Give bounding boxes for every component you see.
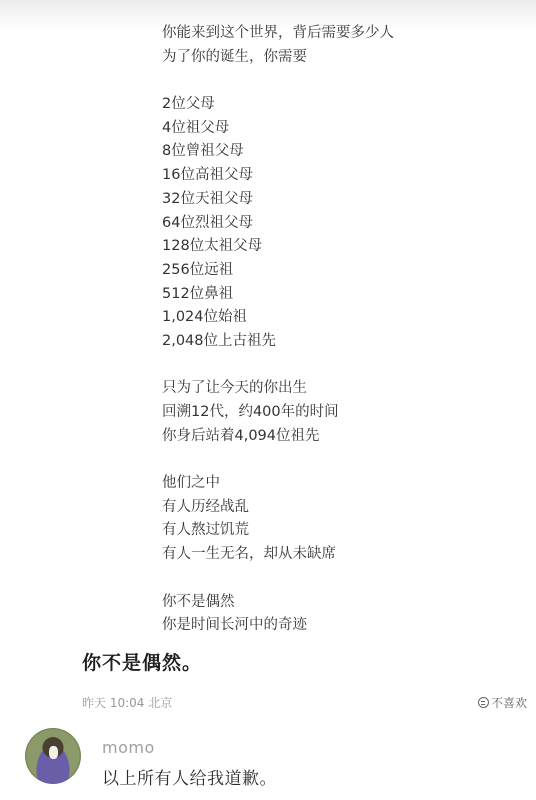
poem-line: 2位父母 xyxy=(162,93,502,117)
poem-line: 32位天祖父母 xyxy=(162,188,502,212)
neutral-face-icon xyxy=(478,697,489,708)
dislike-button[interactable]: 不喜欢 xyxy=(478,694,527,711)
poem-line: 128位太祖父母 xyxy=(162,235,502,259)
post-image-text: 你能来到这个世界，背后需要多少人为了你的诞生，你需要2位父母4位祖父母8位曾祖父… xyxy=(162,22,502,638)
poem-line: 他们之中 xyxy=(162,472,502,496)
poem-line: 有人熬过饥荒 xyxy=(162,519,502,543)
poem-line: 64位烈祖父母 xyxy=(162,212,502,236)
poem-line: 你身后站着4,094位祖先 xyxy=(162,425,502,449)
poem-line: 2,048位上古祖先 xyxy=(162,330,502,354)
dislike-label: 不喜欢 xyxy=(491,694,527,711)
poem-line: 有人历经战乱 xyxy=(162,496,502,520)
poem-line: 只为了让今天的你出生 xyxy=(162,377,502,401)
poem-line: 你是时间长河中的奇迹 xyxy=(162,614,502,638)
poem-line: 回溯12代，约400年的时间 xyxy=(162,401,502,425)
poem-line: 16位高祖父母 xyxy=(162,164,502,188)
poem-line: 256位远祖 xyxy=(162,259,502,283)
dog-face xyxy=(49,746,58,759)
post-caption: 你不是偶然。 xyxy=(82,648,202,675)
poem-line: 为了你的诞生，你需要 xyxy=(162,46,502,70)
poem-line: 8位曾祖父母 xyxy=(162,140,502,164)
poem-line: 你不是偶然 xyxy=(162,591,502,615)
poem-gap xyxy=(162,448,502,472)
poem-gap xyxy=(162,69,502,93)
poem-line: 有人一生无名，却从未缺席 xyxy=(162,543,502,567)
post-meta-row: 昨天 10:04 北京 不喜欢 xyxy=(82,694,527,712)
comment-username[interactable]: momo xyxy=(102,738,155,757)
avatar[interactable] xyxy=(25,728,81,784)
comment-item: momo 以上所有人给我道歉。 xyxy=(25,728,525,788)
post-timestamp: 昨天 10:04 北京 xyxy=(82,694,172,711)
poem-gap xyxy=(162,354,502,378)
poem-line: 4位祖父母 xyxy=(162,117,502,141)
poem-line: 512位鼻祖 xyxy=(162,283,502,307)
comment-text: 以上所有人给我道歉。 xyxy=(102,764,277,789)
poem-line: 你能来到这个世界，背后需要多少人 xyxy=(162,22,502,46)
poem-gap xyxy=(162,567,502,591)
poem-line: 1,024位始祖 xyxy=(162,306,502,330)
